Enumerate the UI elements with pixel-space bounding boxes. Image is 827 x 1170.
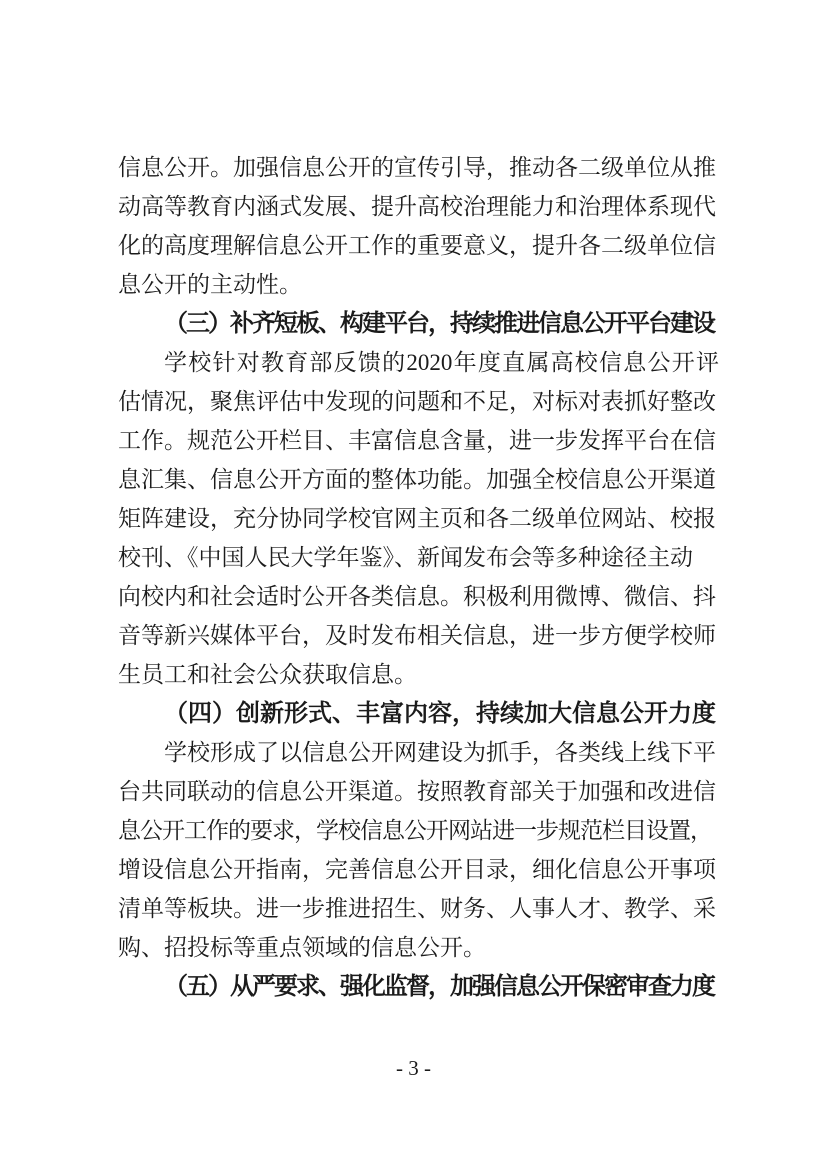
- section-heading: （四）创新形式、丰富内容，持续加大信息公开力度: [118, 694, 719, 733]
- document-line: 息公开的主动性。: [118, 265, 719, 304]
- page-number: - 3 -: [0, 1056, 827, 1081]
- section-heading: （五）从严要求、强化监督，加强信息公开保密审查力度: [118, 967, 719, 1006]
- document-line: 生员工和社会公众获取信息。: [118, 655, 719, 694]
- document-line: 学校形成了以信息公开网建设为抓手，各类线上线下平: [118, 733, 719, 772]
- document-line: 估情况，聚焦评估中发现的问题和不足，对标对表抓好整改: [118, 382, 719, 421]
- document-line: 息汇集、信息公开方面的整体功能。加强全校信息公开渠道: [118, 460, 719, 499]
- document-line: 清单等板块。进一步推进招生、财务、人事人才、教学、采: [118, 889, 719, 928]
- document-line: 息公开工作的要求，学校信息公开网站进一步规范栏目设置，: [118, 811, 719, 850]
- document-line: 音等新兴媒体平台，及时发布相关信息，进一步方便学校师: [118, 616, 719, 655]
- document-line: 购、招投标等重点领域的信息公开。: [118, 928, 719, 967]
- document-line: 矩阵建设，充分协同学校官网主页和各二级单位网站、校报: [118, 499, 719, 538]
- section-heading: （三）补齐短板、构建平台，持续推进信息公开平台建设: [118, 304, 719, 343]
- document-body: 信息公开。加强信息公开的宣传引导，推动各二级单位从推动高等教育内涵式发展、提升高…: [118, 148, 719, 1006]
- document-line: 台共同联动的信息公开渠道。按照教育部关于加强和改进信: [118, 772, 719, 811]
- document-line: 动高等教育内涵式发展、提升高校治理能力和治理体系现代: [118, 187, 719, 226]
- document-line: 信息公开。加强信息公开的宣传引导，推动各二级单位从推: [118, 148, 719, 187]
- document-line: 增设信息公开指南，完善信息公开目录，细化信息公开事项: [118, 850, 719, 889]
- document-line: 化的高度理解信息公开工作的重要意义，提升各二级单位信: [118, 226, 719, 265]
- document-line: 学校针对教育部反馈的2020年度直属高校信息公开评: [118, 343, 719, 382]
- document-line: 向校内和社会适时公开各类信息。积极利用微博、微信、抖: [118, 577, 719, 616]
- document-page: 信息公开。加强信息公开的宣传引导，推动各二级单位从推动高等教育内涵式发展、提升高…: [0, 0, 827, 1170]
- document-line: 工作。规范公开栏目、丰富信息含量，进一步发挥平台在信: [118, 421, 719, 460]
- document-line: 校刊、《中国人民大学年鉴》、新闻发布会等多种途径主动: [118, 538, 719, 577]
